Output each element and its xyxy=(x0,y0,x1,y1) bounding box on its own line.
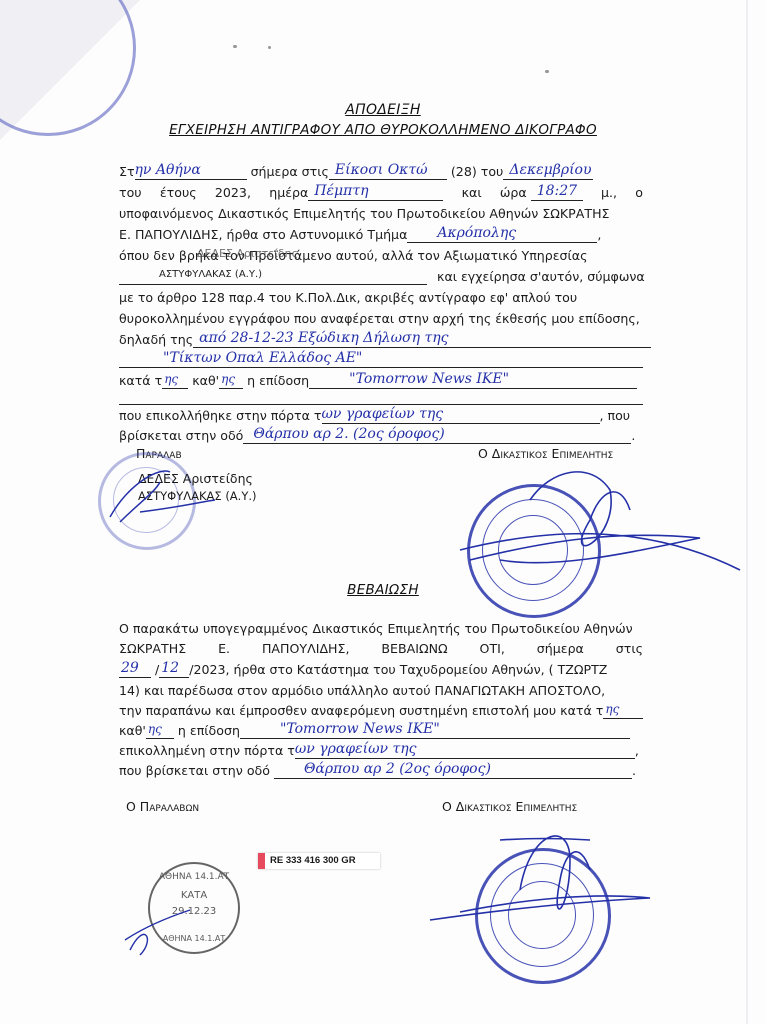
handwritten-door: ων γραφείων της xyxy=(322,406,444,422)
text: , που xyxy=(600,408,631,423)
typed-overlay-name: ΔΕΔΕΣ Αριστείδης xyxy=(197,246,298,262)
document-field: από 28-12-23 Εξώδικη Δήλωση της xyxy=(193,332,651,348)
scanned-document-page: ΑΠΟΔΕΙΞΗ ΕΓΧΕΙΡΗΣΗ ΑΝΤΙΓΡΑΦΟΥ ΑΠΟ ΘΥΡΟΚΟ… xyxy=(0,0,766,1024)
text: στις xyxy=(616,641,643,657)
receipt-line-3: υποφαινόμενος Δικαστικός Επιμελητής του … xyxy=(119,206,643,222)
gender-field: ης xyxy=(146,723,174,739)
blank-line xyxy=(119,389,643,405)
document-subtitle: ΕΓΧΕΙΡΗΣΗ ΑΝΤΙΓΡΑΦΟΥ ΑΠΟ ΘΥΡΟΚΟΛΛΗΜΕΝΟ Δ… xyxy=(0,122,766,138)
text: καθ' xyxy=(119,723,146,738)
street-field: Θάρπου αρ 2. (2ος όροφος) xyxy=(243,428,631,444)
text: μ., xyxy=(601,185,617,201)
text: δηλαδή της xyxy=(119,332,193,347)
receipt-line-4: Ε. ΠΑΠΟΥΛΙΔΗΣ, ήρθα στο Αστυνομικό Τμήμα… xyxy=(119,227,643,243)
cert-door-field: ων γραφείων της xyxy=(295,743,635,759)
text: που επικολλήθηκε στην πόρτα τ xyxy=(119,408,322,423)
document-title: ΑΠΟΔΕΙΞΗ xyxy=(0,102,766,118)
gender-field: ης xyxy=(219,373,243,389)
text: που βρίσκεται στην οδό xyxy=(119,763,270,778)
text: βρίσκεται στην οδό xyxy=(119,428,243,443)
handwritten-dept: Ακρόπολης xyxy=(437,225,516,241)
text: και xyxy=(462,185,482,201)
handwritten-weekday: Πέμπτη xyxy=(314,183,368,199)
text: , xyxy=(635,743,639,758)
text: , xyxy=(597,227,601,242)
registered-number: RE 333 416 300 GR xyxy=(270,855,356,866)
cert-day-field: 29 xyxy=(119,662,151,678)
text: η επίδοση xyxy=(178,723,240,738)
cert-month-field: 12 xyxy=(159,662,189,678)
registered-marker-icon xyxy=(258,853,265,869)
receipt-line-8: θυροκολλημένου εγγράφου που αναφέρεται σ… xyxy=(119,311,643,327)
handwritten-recipient: "Tomorrow News IKE" xyxy=(349,371,509,387)
handwritten-article: ης xyxy=(148,721,162,737)
receipt-line-6: ΑΣΤΥΦΥΛΑΚΑΣ (Α.Υ.) και εγχείρησα σ'αυτόν… xyxy=(119,269,643,285)
weekday-field: Πέμπτη xyxy=(308,185,443,201)
handwritten-article: ης xyxy=(605,701,619,717)
document-field-2: "Τίκτων Οπαλ Ελλάδος ΑΕ" xyxy=(119,352,643,368)
handwritten-time: 18:27 xyxy=(537,183,577,199)
place-field: ην Αθήνα xyxy=(135,164,247,180)
postmark-top: ΑΘΗΝΑ 14.1.ΑΤ xyxy=(150,872,238,882)
text: ΠΑΠΟΥΛΙΔΗΣ, xyxy=(262,641,350,657)
receipt-line-13: που επικολλήθηκε στην πόρτα των γραφείων… xyxy=(119,408,643,424)
handwritten-month: Δεκεμβρίου xyxy=(509,162,591,178)
handwritten-article: ης xyxy=(221,371,235,387)
cert-line-8: που βρίσκεται στην οδό Θάρπου αρ 2 (2ος … xyxy=(119,763,643,779)
month-field: Δεκεμβρίου xyxy=(503,164,593,180)
officer-field: ΑΣΤΥΦΥΛΑΚΑΣ (Α.Υ.) xyxy=(119,269,427,285)
day-words-field: Είκοσι Οκτώ xyxy=(329,164,447,180)
text: του xyxy=(119,185,142,201)
handwritten-street: Θάρπου αρ 2 (2ος όροφος) xyxy=(304,761,491,777)
text: η επίδοση xyxy=(247,373,309,388)
receipt-line-10: "Τίκτων Οπαλ Ελλάδος ΑΕ" xyxy=(119,352,643,368)
receipt-line-2: του έτους 2023, ημέραΠέμπτη και ώρα 18:2… xyxy=(119,185,643,201)
receipt-line-14: βρίσκεται στην οδόΘάρπου αρ 2. (2ος όροφ… xyxy=(119,428,643,444)
cert-bailiff-signature-icon xyxy=(420,820,660,970)
cert-line-5: την παραπάνω και έμπροσθεν αναφερόμενη σ… xyxy=(119,703,643,719)
handwritten-street: Θάρπου αρ 2. (2ος όροφος) xyxy=(253,426,444,442)
receipt-line-7: με το άρθρο 128 παρ.4 του Κ.Πολ.Δικ, ακρ… xyxy=(119,290,643,306)
text: Στ xyxy=(119,164,135,179)
time-field: 18:27 xyxy=(531,185,583,201)
handwritten-article: ης xyxy=(164,371,178,387)
text: καθ' xyxy=(192,373,219,388)
text: επικολλημένη στην πόρτα τ xyxy=(119,743,295,758)
text: την παραπάνω και έμπροσθεν αναφερόμενη σ… xyxy=(119,703,603,718)
text: ο xyxy=(635,185,643,201)
handwritten-place: ην Αθήνα xyxy=(135,162,201,178)
text: Ε. xyxy=(218,641,230,657)
handwritten-door: ων γραφείων της xyxy=(295,741,417,757)
text: /2023, ήρθα στο Κατάστημα του Ταχυδρομεί… xyxy=(189,662,607,677)
handwritten-day: 29 xyxy=(121,660,139,676)
text: Ε. ΠΑΠΟΥΛΙΔΗΣ, ήρθα στο Αστυνομικό Τμήμα xyxy=(119,227,407,242)
text: ημέρα xyxy=(269,185,308,200)
registered-mail-label: RE 333 416 300 GR xyxy=(258,853,380,869)
text: κατά τ xyxy=(119,373,162,388)
recipient-field: "Tomorrow News IKE" xyxy=(309,373,637,389)
text: . xyxy=(631,428,635,443)
certification-title: ΒΕΒΑΙΩΣΗ xyxy=(0,582,766,598)
cert-line-1: Ο παρακάτω υπογεγραμμένος Δικαστικός Επι… xyxy=(119,621,643,637)
receiver-signature-icon xyxy=(100,462,220,532)
gender-field: ης xyxy=(603,703,643,719)
text: σήμερα xyxy=(537,641,584,657)
text: ΣΩΚΡΑΤΗΣ xyxy=(119,641,186,657)
handwritten-sender: "Τίκτων Οπαλ Ελλάδος ΑΕ" xyxy=(163,350,362,366)
text: έτους xyxy=(160,185,197,201)
handwritten-month: 12 xyxy=(161,660,179,676)
postal-signature-icon xyxy=(120,900,200,960)
text: ώρα xyxy=(500,185,527,200)
cert-line-2: ΣΩΚΡΑΤΗΣ Ε. ΠΑΠΟΥΛΙΔΗΣ, ΒΕΒΑΙΩΝΩ ΟΤΙ, σή… xyxy=(119,641,643,657)
receipt-line-11: κατά της καθ'ης η επίδοση"Tomorrow News … xyxy=(119,373,643,389)
receipt-line-9: δηλαδή τηςαπό 28-12-23 Εξώδικη Δήλωση τη… xyxy=(119,332,643,348)
cert-line-6: καθ'ης η επίδοση"Tomorrow News IKE" xyxy=(119,723,643,739)
scan-speck xyxy=(233,45,237,48)
door-field: ων γραφείων της xyxy=(322,408,600,424)
text: ΟΤΙ, xyxy=(480,641,505,657)
bailiff-label: Ο Δικαστικος Επιμελητης xyxy=(478,446,613,461)
receipt-line-12 xyxy=(119,389,643,405)
cert-recipient-field: "Tomorrow News IKE" xyxy=(240,723,630,739)
typed-officer-rank: ΑΣΤΥΦΥΛΑΚΑΣ (Α.Υ.) xyxy=(159,267,262,283)
handwritten-document: από 28-12-23 Εξώδικη Δήλωση της xyxy=(199,330,448,346)
scan-speck xyxy=(545,70,549,73)
handwritten-day: Είκοσι Οκτώ xyxy=(335,162,428,178)
receipt-line-1: Στην Αθήνα σήμερα στιςΕίκοσι Οκτώ (28) τ… xyxy=(119,164,643,180)
text: . xyxy=(632,763,636,778)
cert-line-7: επικολλημένη στην πόρτα των γραφείων της… xyxy=(119,743,643,759)
receipt-line-5: όπου δεν βρήκα τον Προϊστάμενο αυτού, αλ… xyxy=(119,248,643,264)
police-dept-field: Ακρόπολης xyxy=(407,227,597,243)
cert-bailiff-label: Ο Δικαστικος Επιμελητης xyxy=(442,799,577,814)
text: ΒΕΒΑΙΩΝΩ xyxy=(381,641,447,657)
text: (28) του xyxy=(451,164,503,179)
cert-street-field: Θάρπου αρ 2 (2ος όροφος) xyxy=(274,763,632,779)
handwritten-recipient: "Tomorrow News IKE" xyxy=(280,721,440,737)
text: και εγχείρησα σ'αυτόν, σύμφωνα xyxy=(437,269,645,284)
cert-receiver-label: Ο Παραλαβων xyxy=(126,799,199,814)
text: όπου δεν βρήκα τον Προϊστάμενο αυτού, αλ… xyxy=(119,248,588,263)
text: 2023, xyxy=(215,185,251,201)
text: σήμερα στις xyxy=(251,164,329,179)
scan-speck xyxy=(268,46,271,49)
cert-line-4: 14) και παρέδωσα στον αρμόδιο υπάλληλο α… xyxy=(119,683,643,699)
gender-field: ης xyxy=(162,373,188,389)
cert-line-3: 29 /12/2023, ήρθα στο Κατάστημα του Ταχυ… xyxy=(119,662,643,678)
